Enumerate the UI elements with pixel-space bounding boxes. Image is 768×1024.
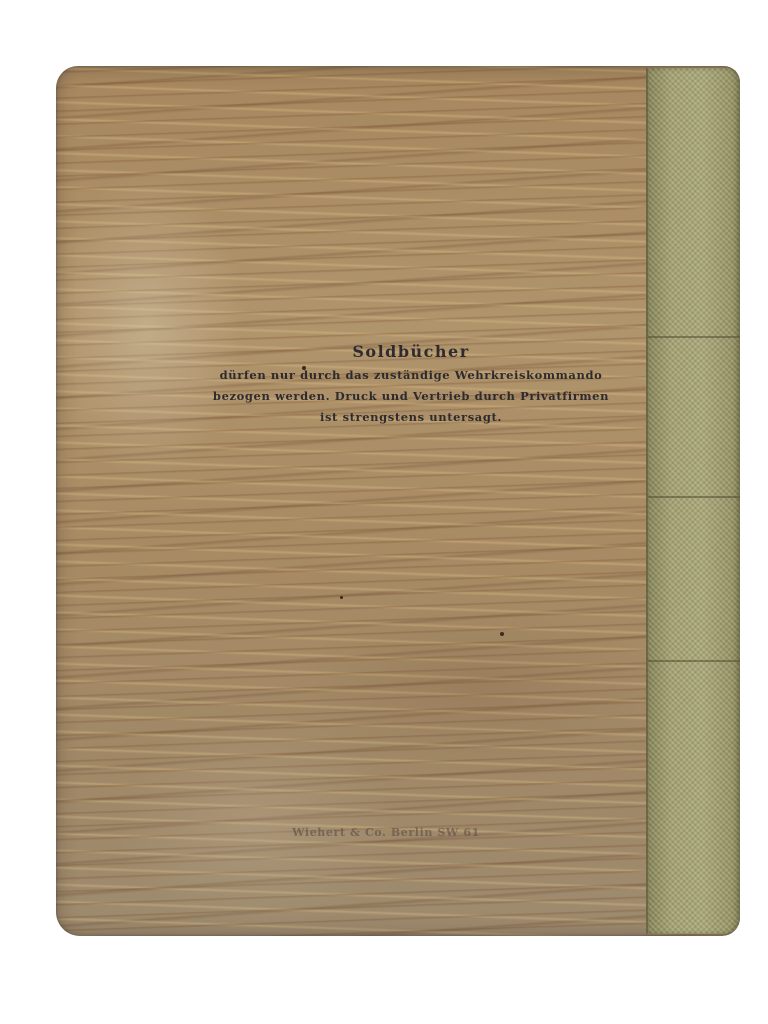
printed-notice: Soldbücher dürfen nur durch das zuständi… [176,342,646,428]
ink-speck [340,596,343,599]
ink-speck [500,632,504,636]
ink-speck [302,366,306,370]
cloth-spine-tape [646,68,740,934]
printer-imprint: Wiehert & Co. Berlin SW 61 [236,826,536,839]
notice-line-3: ist strengstens untersagt. [176,407,646,428]
tape-seam [648,336,740,338]
tape-seam [648,496,740,498]
notice-line-2: bezogen werden. Druck und Vertrieb durch… [176,386,646,407]
tape-seam [648,660,740,662]
notice-title: Soldbücher [176,342,646,361]
photo-background: Soldbücher dürfen nur durch das zuständi… [0,0,768,1024]
book-back-cover: Soldbücher dürfen nur durch das zuständi… [56,66,740,936]
notice-line-1: dürfen nur durch das zuständige Wehrkrei… [176,365,646,386]
